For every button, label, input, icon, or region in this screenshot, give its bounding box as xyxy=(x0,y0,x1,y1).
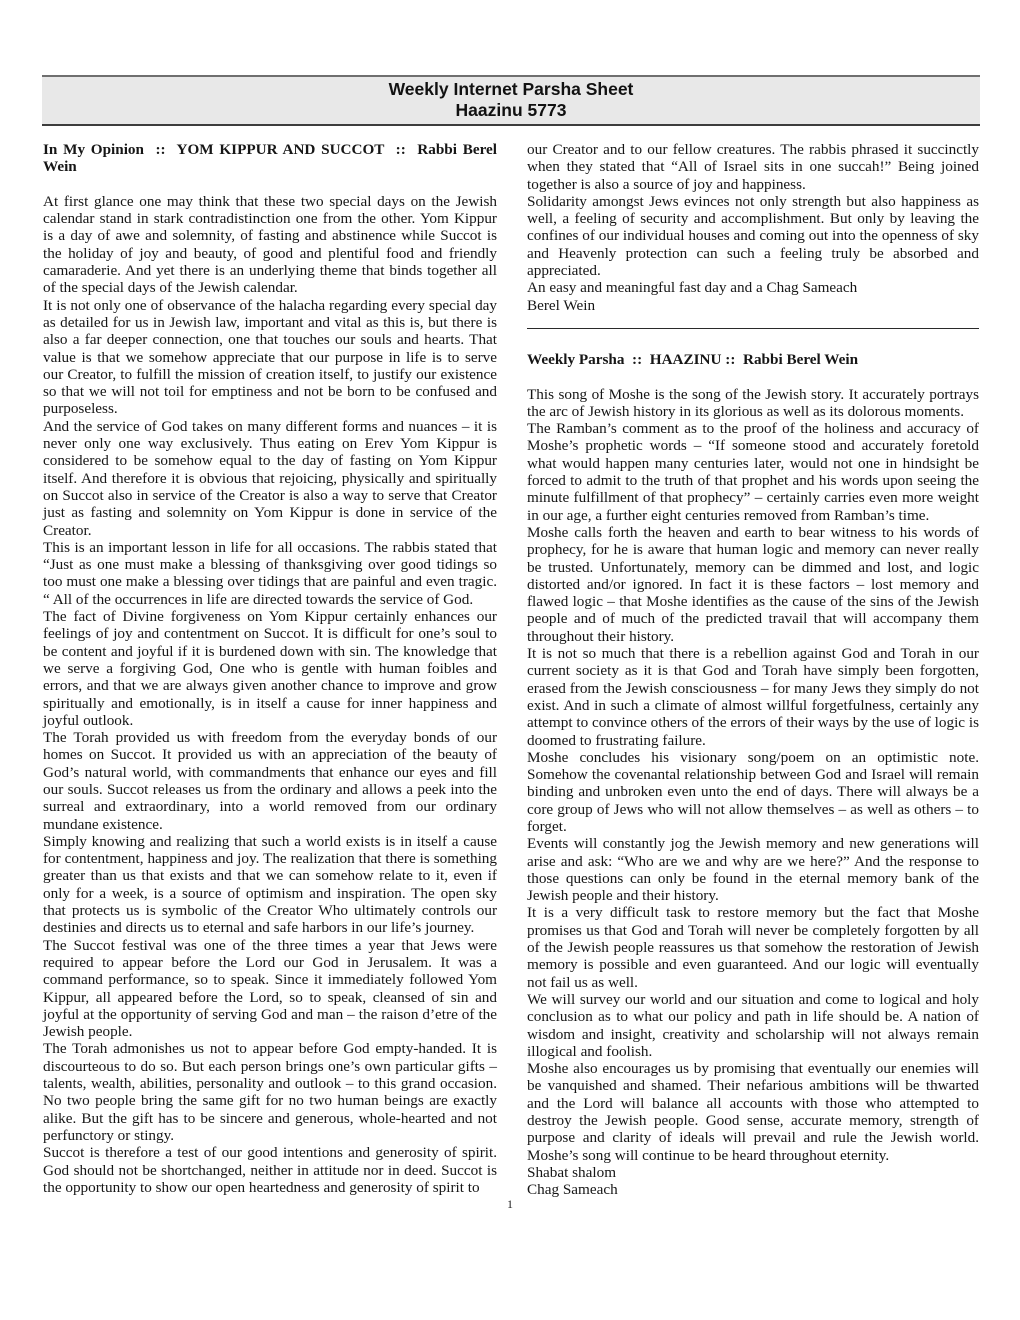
left-column: In My Opinion :: YOM KIPPUR AND SUCCOT :… xyxy=(43,141,497,1199)
page-footer: 1 xyxy=(0,1197,1020,1211)
paragraph: Moshe concludes his visionary song/poem … xyxy=(527,749,979,835)
paragraph: It is a very difficult task to restore m… xyxy=(527,904,979,990)
closing-line: Chag Sameach xyxy=(527,1181,979,1198)
paragraph: Moshe also encourages us by promising th… xyxy=(527,1060,979,1164)
paragraph: The Torah provided us with freedom from … xyxy=(43,729,497,833)
right-column: our Creator and to our fellow creatures.… xyxy=(527,141,979,1199)
paragraph: It is not only one of observance of the … xyxy=(43,297,497,418)
article-separator-rule xyxy=(527,328,979,329)
page-subtitle: Haazinu 5773 xyxy=(42,100,980,121)
paragraph: This is an important lesson in life for … xyxy=(43,539,497,608)
paragraph: And the service of God takes on many dif… xyxy=(43,418,497,539)
paragraph: Events will constantly jog the Jewish me… xyxy=(527,835,979,904)
paragraph: The Ramban’s comment as to the proof of … xyxy=(527,420,979,524)
document-page: Weekly Internet Parsha Sheet Haazinu 577… xyxy=(0,0,1020,1320)
paragraph: We will survey our world and our situati… xyxy=(527,991,979,1060)
paragraph: The Succot festival was one of the three… xyxy=(43,937,497,1041)
page-title: Weekly Internet Parsha Sheet xyxy=(42,79,980,100)
paragraph: Moshe calls forth the heaven and earth t… xyxy=(527,524,979,645)
paragraph: our Creator and to our fellow creatures.… xyxy=(527,141,979,193)
author-name: Berel Wein xyxy=(527,297,979,314)
paragraph: The fact of Divine forgiveness on Yom Ki… xyxy=(43,608,497,729)
paragraph: This song of Moshe is the song of the Je… xyxy=(527,386,979,421)
paragraph: At first glance one may think that these… xyxy=(43,193,497,297)
two-column-body: In My Opinion :: YOM KIPPUR AND SUCCOT :… xyxy=(43,141,979,1199)
article-heading-opinion: In My Opinion :: YOM KIPPUR AND SUCCOT :… xyxy=(43,141,497,176)
paragraph: Succot is therefore a test of our good i… xyxy=(43,1144,497,1196)
page-number: 1 xyxy=(507,1197,513,1211)
closing-line: Shabat shalom xyxy=(527,1164,979,1181)
signoff-line: An easy and meaningful fast day and a Ch… xyxy=(527,279,979,296)
paragraph: It is not so much that there is a rebell… xyxy=(527,645,979,749)
paragraph: The Torah admonishes us not to appear be… xyxy=(43,1040,497,1144)
article-heading-parsha: Weekly Parsha :: HAAZINU :: Rabbi Berel … xyxy=(527,351,979,368)
paragraph: Simply knowing and realizing that such a… xyxy=(43,833,497,937)
page-header: Weekly Internet Parsha Sheet Haazinu 577… xyxy=(42,75,980,126)
paragraph: Solidarity amongst Jews evinces not only… xyxy=(527,193,979,279)
